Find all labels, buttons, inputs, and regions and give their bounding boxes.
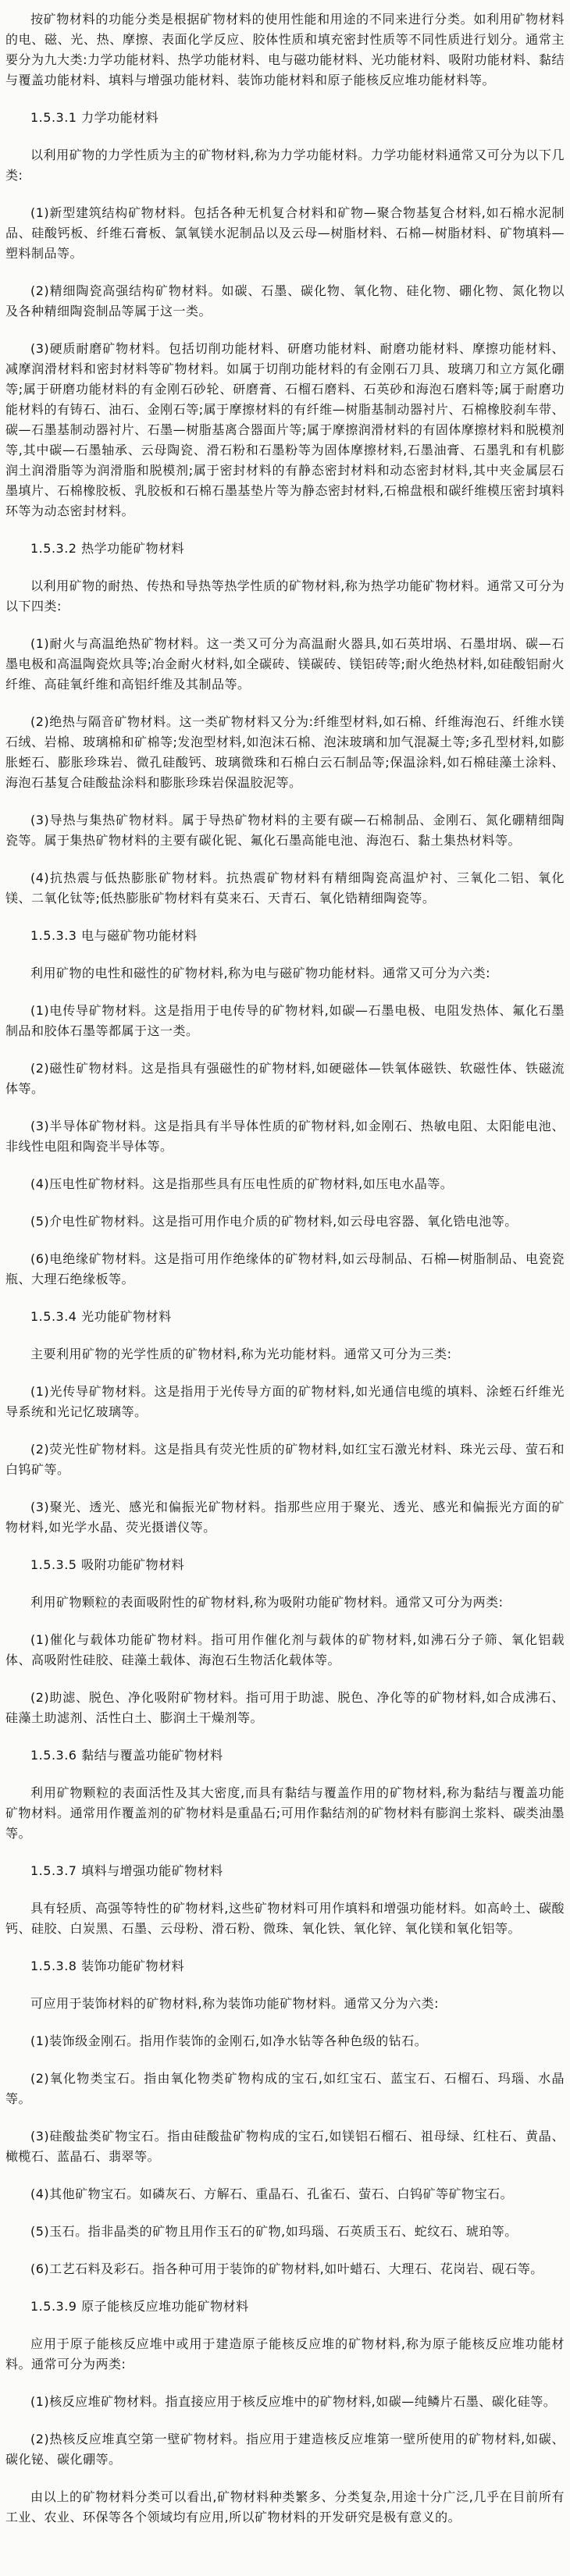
section-heading: 1.5.3.5 吸附功能矿物材料 — [5, 1555, 565, 1575]
section-paragraph: 主要利用矿物的光学性质的矿物材料,称为光功能材料。通常又可分为三类: — [5, 1344, 565, 1364]
section-heading: 1.5.3.1 力学功能材料 — [5, 108, 565, 128]
section-paragraph: (2)氧化物类宝石。指由氧化物类矿物构成的宝石,如红宝石、蓝宝石、石榴石、玛瑙、… — [5, 2069, 565, 2109]
section-paragraph: 利用矿物的电性和磁性的矿物材料,称为电与磁矿物功能材料。通常又可分为六类: — [5, 963, 565, 984]
section-paragraph: 可应用于装饰材料的矿物材料,称为装饰功能矿物材料。通常又分为六类: — [5, 1994, 565, 2014]
section-paragraph: (1)装饰级金刚石。指用作装饰的金刚石,如净水钻等各种色级的钻石。 — [5, 2031, 565, 2051]
section-paragraph: 利用矿物颗粒的表面活性及其大密度,而具有黏结与覆盖作用的矿物材料,称为黏结与覆盖… — [5, 1783, 565, 1844]
section-paragraph: (2)荧光性矿物材料。这是指具有荧光性质的矿物材料,如红宝石激光材料、珠光云母、… — [5, 1439, 565, 1480]
section-heading: 1.5.3.9 原子能核反应堆功能矿物材料 — [5, 2297, 565, 2317]
section-paragraph: 具有轻质、高强等特性的矿物材料,这些矿物材料可用作填料和增强功能材料。如高岭土、… — [5, 1898, 565, 1939]
section-heading: 1.5.3.4 光功能矿物材料 — [5, 1307, 565, 1327]
document-page: 按矿物材料的功能分类是根据矿物材料的使用性能和用途的不同来进行分类。如利用矿物材… — [0, 0, 570, 2576]
section-paragraph: (4)其他矿物宝石。如磷灰石、方解石、重晶石、孔雀石、萤石、白钨矿等矿物宝石。 — [5, 2184, 565, 2204]
section-heading: 1.5.3.8 装饰功能矿物材料 — [5, 1956, 565, 1976]
section-paragraph: (4)压电性矿物材料。这是指那些具有压电性质的矿物材料,如压电水晶等。 — [5, 1174, 565, 1194]
section-paragraph: 利用矿物颗粒的表面吸附性的矿物材料,称为吸附功能矿物材料。通常又可分为两类: — [5, 1592, 565, 1613]
section-paragraph: (2)绝热与隔音矿物材料。这一类矿物材料又分为:纤维型材料,如石棉、纤维海泡石、… — [5, 712, 565, 793]
section-heading: 1.5.3.2 热学功能矿物材料 — [5, 539, 565, 559]
section-paragraph: (1)核反应堆矿物材料。指直接应用于核反应堆中的矿物材料,如碳—纯鳞片石墨、碳化… — [5, 2392, 565, 2412]
section-heading: 1.5.3.6 黏结与覆盖功能矿物材料 — [5, 1745, 565, 1766]
section-paragraph: (3)半导体矿物材料。这是指具有半导体性质的矿物材料,如金刚石、热敏电阻、太阳能… — [5, 1116, 565, 1157]
section-paragraph: (1)光传导矿物材料。这是指用于光传导方面的矿物材料,如光通信电缆的填料、涂蛭石… — [5, 1382, 565, 1422]
section-paragraph: (1)新型建筑结构矿物材料。包括各种无机复合材料和矿物—聚合物基复合材料,如石棉… — [5, 203, 565, 264]
section-heading: 1.5.3.7 填料与增强功能矿物材料 — [5, 1861, 565, 1881]
sections-container: 1.5.3.1 力学功能材料以利用矿物的力学性质为主的矿物材料,称为力学功能材料… — [5, 108, 565, 2470]
section-paragraph: (3)硬质耐磨矿物材料。包括切削功能材料、研磨功能材料、耐磨功能材料、摩擦功能材… — [5, 339, 565, 521]
section-paragraph: (2)助滤、脱色、净化吸附矿物材料。指可用于助滤、脱色、净化等的矿物材料,如合成… — [5, 1688, 565, 1728]
section-paragraph: (6)工艺石料及彩石。指各种可用于装饰的矿物材料,如叶蜡石、大理石、花岗岩、砚石… — [5, 2259, 565, 2279]
closing-paragraph: 由以上的矿物材料分类可以看出,矿物材料种类繁多、分类复杂,用途十分广泛,几乎在目… — [5, 2487, 565, 2528]
section-paragraph: (5)介电性矿物材料。这是指可用作电介质的矿物材料,如云母电容器、氧化锆电池等。 — [5, 1212, 565, 1232]
section-paragraph: (6)电绝缘矿物材料。这是指可用作绝缘体的矿物材料,如云母制品、石棉—树脂制品、… — [5, 1249, 565, 1290]
section-paragraph: (4)抗热震与低热膨胀矿物材料。抗热震矿物材料有精细陶瓷高温炉衬、三氧化二铝、氧… — [5, 868, 565, 909]
section-paragraph: (3)聚光、透光、感光和偏振光矿物材料。指那些应用于聚光、透光、感光和偏振光方面… — [5, 1497, 565, 1538]
section-paragraph: (1)耐火与高温绝热矿物材料。这一类又可分为高温耐火器具,如石英坩埚、石墨坩埚、… — [5, 634, 565, 695]
section-paragraph: (2)磁性矿物材料。这是指具有强磁性的矿物材料,如硬磁体—铁氧体磁铁、软磁性体、… — [5, 1059, 565, 1099]
section-heading: 1.5.3.3 电与磁矿物功能材料 — [5, 926, 565, 946]
section-paragraph: (1)电传导矿物材料。这是指用于电传导的矿物材料,如碳—石墨电极、电阻发热体、氟… — [5, 1001, 565, 1041]
section-paragraph: (5)玉石。指非晶类的矿物且用作玉石的矿物,如玛瑙、石英质玉石、蛇纹石、琥珀等。 — [5, 2222, 565, 2242]
section-paragraph: (3)硅酸盐类矿物宝石。指由硅酸盐矿物构成的宝石,如镁铝石榴石、祖母绿、红柱石、… — [5, 2126, 565, 2167]
section-paragraph: 应用于原子能核反应堆中或用于建造原子能核反应堆的矿物材料,称为原子能核反应堆功能… — [5, 2334, 565, 2375]
section-paragraph: (2)精细陶瓷高强结构矿物材料。如碳、石墨、碳化物、氧化物、硅化物、硼化物、氮化… — [5, 281, 565, 322]
section-paragraph: 以利用矿物的耐热、传热和导热等热学性质的矿物材料,称为热学功能矿物材料。通常又可… — [5, 576, 565, 617]
section-paragraph: 以利用矿物的力学性质为主的矿物材料,称为力学功能材料。力学功能材料通常又可分为以… — [5, 145, 565, 186]
intro-paragraph: 按矿物材料的功能分类是根据矿物材料的使用性能和用途的不同来进行分类。如利用矿物材… — [5, 9, 565, 91]
section-paragraph: (2)热核反应堆真空第一壁矿物材料。指应用于建造核反应堆第一壁所使用的矿物材料,… — [5, 2429, 565, 2470]
section-paragraph: (3)导热与集热矿物材料。属于导热矿物材料的主要有碳—石棉制品、金刚石、氮化硼精… — [5, 810, 565, 851]
section-paragraph: (1)催化与载体功能矿物材料。指可用作催化剂与载体的矿物材料,如沸石分子筛、氧化… — [5, 1630, 565, 1670]
